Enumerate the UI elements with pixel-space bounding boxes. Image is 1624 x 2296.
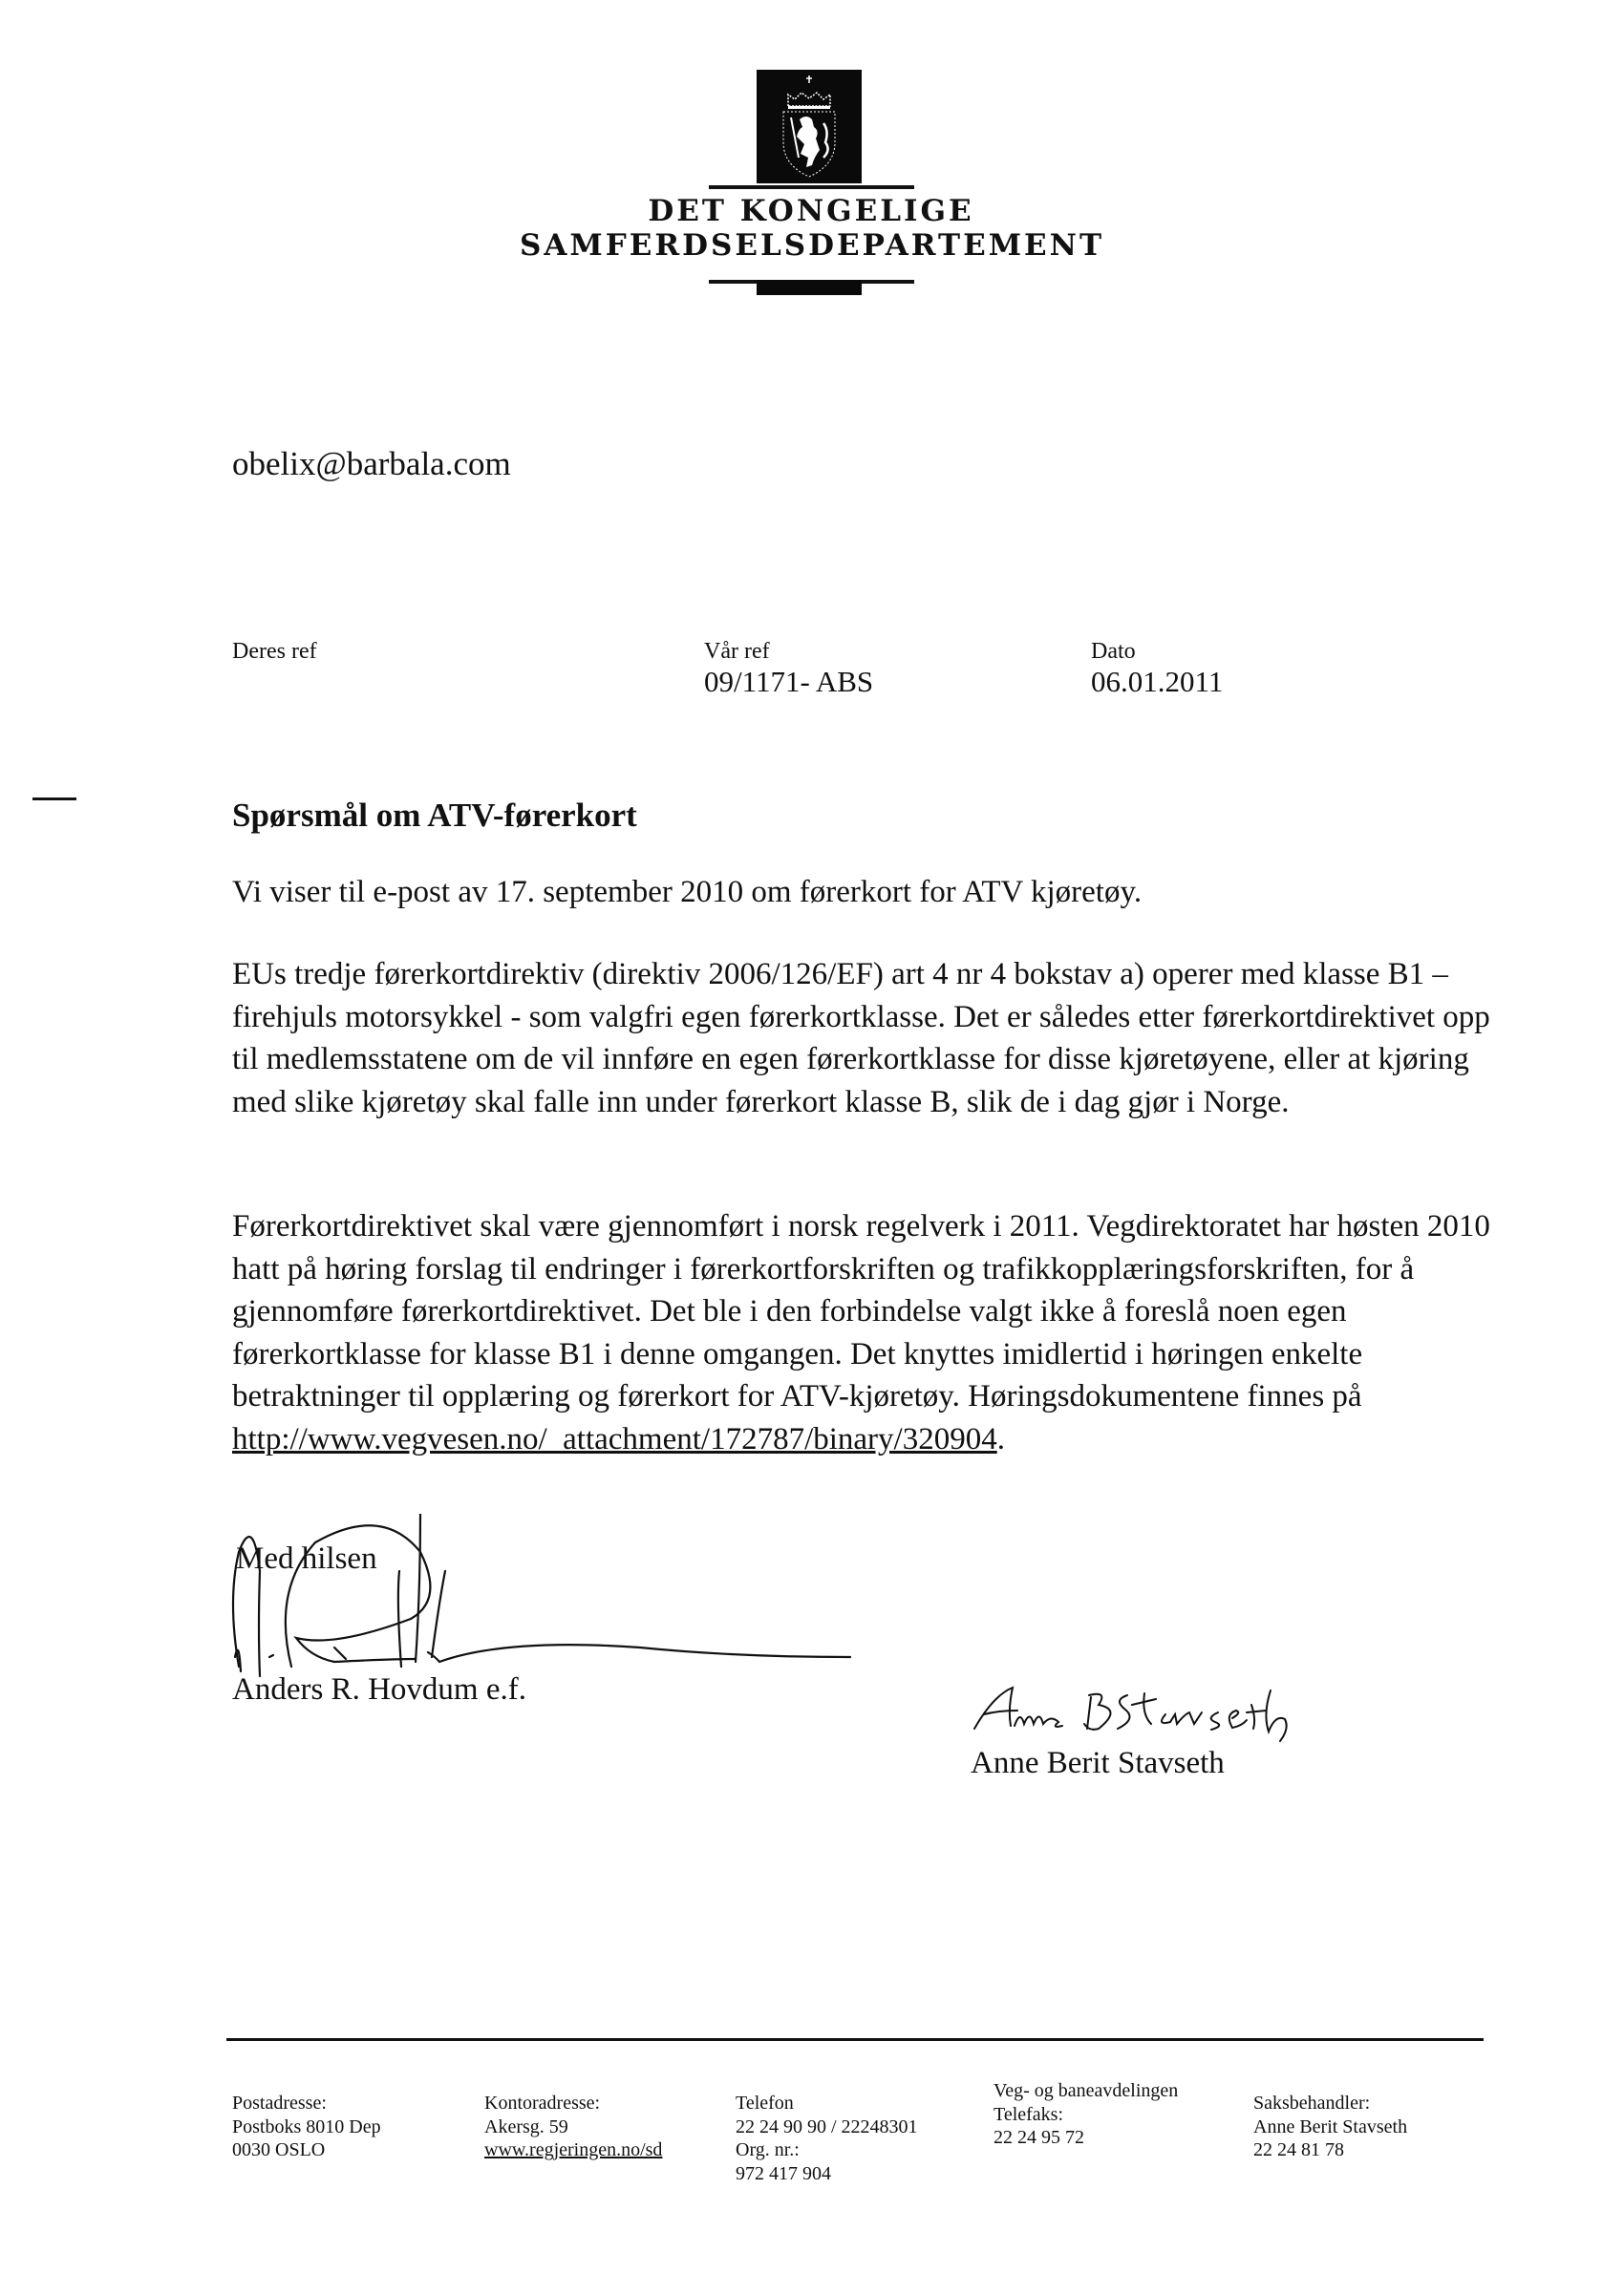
footer-postal-address: Postadresse: Postboks 8010 Dep 0030 OSLO: [232, 2092, 381, 2162]
org-number-label: Org. nr.:: [736, 2138, 918, 2162]
handwritten-signature-icon: [955, 1676, 1318, 1753]
var-ref-value: 09/1171- ABS: [704, 665, 873, 699]
ministry-name-line1: DET KONGELIGE: [0, 194, 1623, 228]
fax-label: Telefaks:: [994, 2103, 1178, 2127]
body-paragraph-3-text: Førerkortdirektivet skal være gjennomfør…: [232, 1209, 1490, 1414]
body-paragraph-1: Vi viser til e-post av 17. september 201…: [232, 871, 1493, 914]
ministry-name-line2: SAMFERDSELSDEPARTEMENT: [0, 228, 1624, 263]
signer-name-1: Anders R. Hovdum e.f.: [232, 1671, 526, 1708]
fold-mark: [32, 797, 76, 800]
date-value: 06.01.2011: [1091, 665, 1223, 699]
org-number: 972 417 904: [736, 2162, 918, 2186]
postal-address-line: 0030 OSLO: [232, 2138, 381, 2162]
norwegian-coat-of-arms-icon: [757, 70, 862, 183]
footer-rule: [226, 2038, 1484, 2041]
case-officer-phone: 22 24 81 78: [1253, 2138, 1407, 2162]
recipient-email: obelix@barbala.com: [232, 445, 511, 483]
date-label: Dato: [1091, 638, 1136, 665]
footer-phone: Telefon 22 24 90 90 / 22248301 Org. nr.:…: [736, 2092, 918, 2185]
footer-case-officer: Saksbehandler: Anne Berit Stavseth 22 24…: [1253, 2092, 1407, 2162]
letterhead-rule-top: [709, 185, 914, 189]
deres-ref-label: Deres ref: [232, 638, 317, 665]
ministry-website-link[interactable]: www.regjeringen.no/sd: [484, 2139, 662, 2160]
footer-department: Veg- og baneavdelingen Telefaks: 22 24 9…: [994, 2079, 1178, 2150]
body-paragraph-3: Førerkortdirektivet skal være gjennomfør…: [232, 1205, 1493, 1460]
case-officer-label: Saksbehandler:: [1253, 2092, 1407, 2115]
phone-number: 22 24 90 90 / 22248301: [736, 2115, 918, 2139]
phone-label: Telefon: [736, 2092, 918, 2115]
hearing-documents-link[interactable]: http://www.vegvesen.no/_attachment/17278…: [232, 1422, 997, 1456]
postal-address-line: Postboks 8010 Dep: [232, 2115, 381, 2139]
department-name: Veg- og baneavdelingen: [994, 2079, 1178, 2103]
fax-number: 22 24 95 72: [994, 2126, 1178, 2150]
office-address-line: Akersg. 59: [484, 2115, 662, 2139]
postal-address-label: Postadresse:: [232, 2092, 381, 2115]
office-address-label: Kontoradresse:: [484, 2092, 662, 2115]
letter-subject: Spørsmål om ATV-førerkort: [232, 797, 637, 835]
body-paragraph-2: EUs tredje førerkortdirektiv (direktiv 2…: [232, 953, 1493, 1123]
case-officer-name: Anne Berit Stavseth: [1253, 2115, 1407, 2139]
link-suffix: .: [997, 1422, 1005, 1456]
var-ref-label: Vår ref: [704, 638, 770, 665]
letterhead-bar-bottom: [757, 280, 862, 295]
footer-office-address: Kontoradresse: Akersg. 59 www.regjeringe…: [484, 2092, 662, 2162]
coat-of-arms-emblem: [757, 70, 862, 183]
closing-greeting: Med hilsen: [236, 1541, 377, 1577]
signer-name-2: Anne Berit Stavseth: [971, 1745, 1225, 1781]
